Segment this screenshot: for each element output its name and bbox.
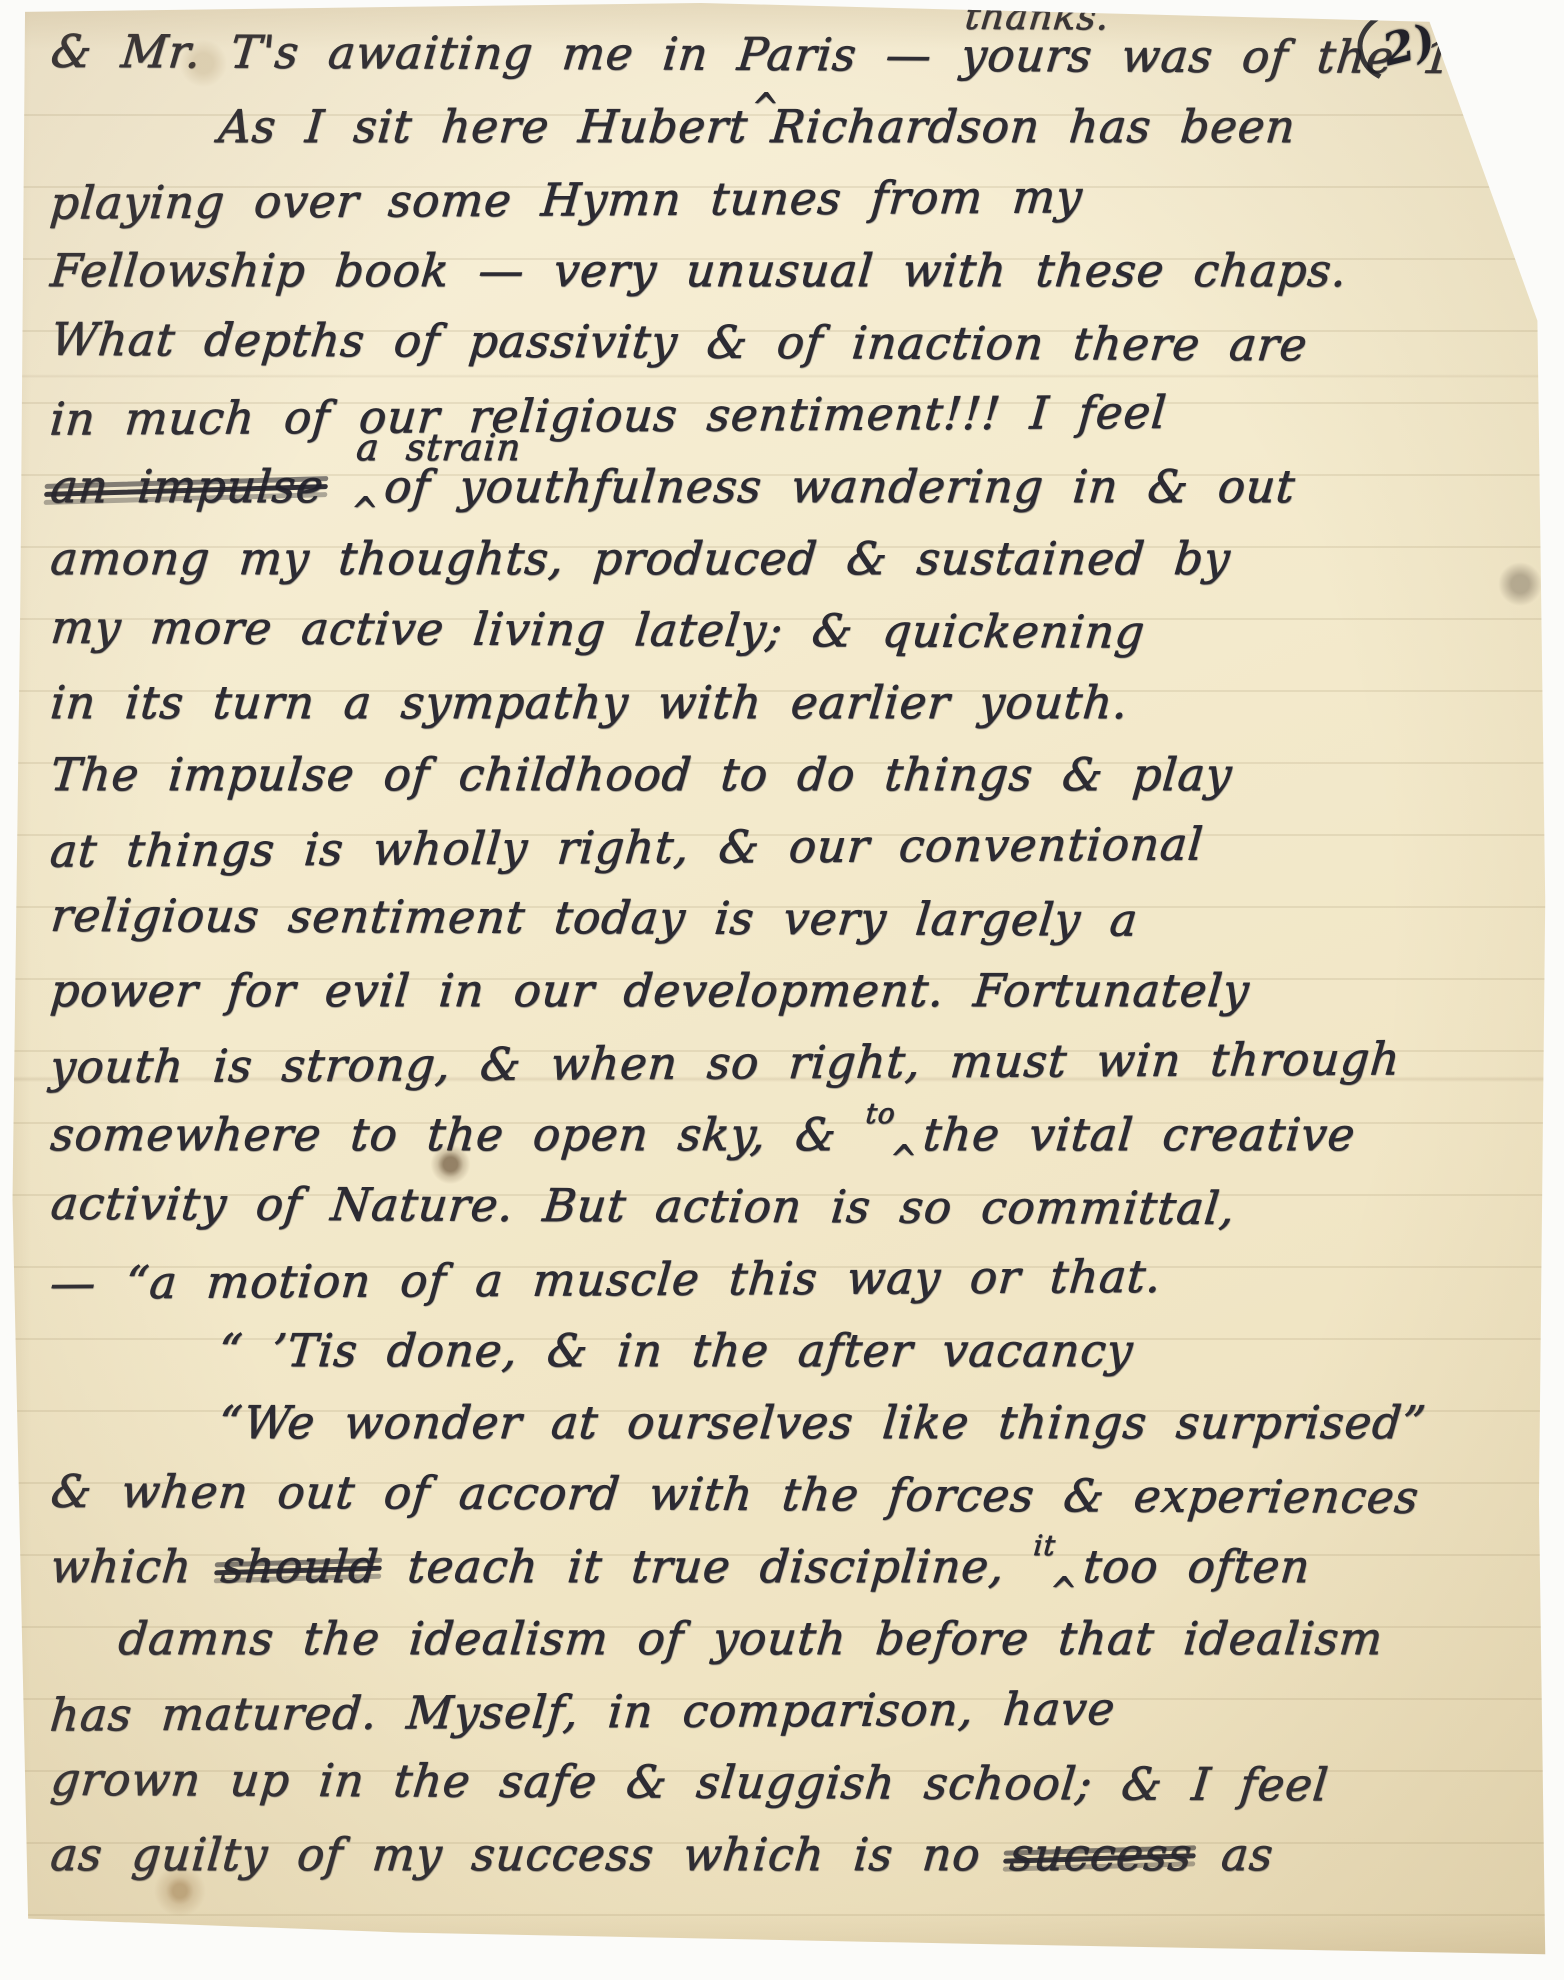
- handwritten-text: As I sit here Hubert: [217, 100, 751, 153]
- handwritten-text: among my thoughts, produced & sustained …: [49, 532, 1233, 585]
- insertion-caret-mark: ^: [750, 86, 781, 129]
- letter-line: grown up in the safe & sluggish school; …: [47, 1753, 1542, 1831]
- handwritten-text: The impulse of childhood to do things & …: [49, 748, 1235, 801]
- handwritten-text: playing over some Hymn tunes from my: [48, 170, 1085, 229]
- letter-line: somewhere to the open sky, & to^the vita…: [47, 1108, 1541, 1180]
- handwritten-text: & Mr. T's awaiting me in Paris —: [49, 25, 964, 82]
- insertion-caret-mark: ^: [1048, 1570, 1079, 1613]
- handwritten-text: as: [1190, 1828, 1276, 1881]
- handwritten-text: youth is strong, & when so right, must w…: [48, 1032, 1402, 1093]
- page-number: 2): [1378, 14, 1440, 76]
- insertion-caret-mark: ^: [349, 490, 380, 533]
- letter-line: activity of Nature. But action is so com…: [47, 1177, 1542, 1255]
- handwritten-text: in its turn a sympathy with earlier yout…: [49, 676, 1131, 729]
- handwritten-text: power for evil in our development. Fortu…: [49, 964, 1252, 1017]
- letter-line: in much of our religious sentiment!!! I …: [47, 383, 1542, 464]
- handwritten-text: the vital creative: [921, 1108, 1358, 1161]
- handwritten-text: & when out of accord with the forces & e…: [49, 1465, 1422, 1524]
- letter-line: power for evil in our development. Fortu…: [47, 964, 1541, 1036]
- handwritten-text: .: [1506, 31, 1527, 84]
- letter-line: As I sit here Hubert^Richardson has been: [47, 100, 1541, 172]
- ordinal-superscript: th: [1483, 27, 1512, 55]
- handwritten-text: teach it true discipline,: [376, 1540, 1036, 1593]
- insertion-caret-mark: ^: [888, 1138, 919, 1181]
- letter-line: in its turn a sympathy with earlier yout…: [47, 676, 1541, 748]
- handwritten-text: somewhere to the open sky, &: [49, 1108, 869, 1161]
- handwritten-text: of youthfulness wandering in & out: [382, 460, 1297, 513]
- inserted-word: it: [1032, 1529, 1057, 1562]
- handwritten-text: too often: [1081, 1540, 1313, 1593]
- letter-line: has matured. Myself, in comparison, have: [47, 1679, 1542, 1760]
- handwritten-text: which: [49, 1540, 224, 1593]
- corner-ink-mark: th: [1487, 14, 1528, 57]
- handwritten-text: has matured. Myself, in comparison, have: [48, 1682, 1117, 1742]
- letter-line: & Mr. T's awaiting me in Paris — thanks.…: [47, 25, 1542, 103]
- handwritten-text: in much of our religious sentiment!!! I …: [48, 386, 1169, 446]
- strikethrough-text: success: [1008, 1828, 1195, 1881]
- handwritten-text: damns the idealism of youth before that …: [117, 1612, 1386, 1665]
- letter-line: What depths of passivity & of inaction t…: [47, 313, 1542, 391]
- handwritten-text: religious sentiment today is very largel…: [49, 889, 1141, 947]
- handwritten-text: “We wonder at ourselves like things surp…: [217, 1396, 1429, 1449]
- letter-line: an impulse a strain^of youthfulness wand…: [47, 460, 1541, 532]
- inserted-word: to: [864, 1097, 897, 1130]
- handwritten-text: “ ’Tis done, & in the after vacancy: [217, 1324, 1136, 1377]
- letter-line: youth is strong, & when so right, must w…: [47, 1031, 1542, 1112]
- handwritten-text: as guilty of my success which is no: [49, 1828, 1013, 1881]
- letter-line: religious sentiment today is very largel…: [47, 889, 1542, 967]
- letter-line: among my thoughts, produced & sustained …: [47, 532, 1541, 604]
- strikethrough-text: should: [219, 1540, 381, 1593]
- letter-line: Fellowship book — very unusual with thes…: [47, 244, 1541, 316]
- letter-line: which should teach it true discipline, i…: [47, 1540, 1541, 1612]
- letter-line: — “a motion of a muscle this way or that…: [47, 1247, 1542, 1328]
- interlinear-insertion: thanks.: [963, 0, 967, 38]
- letter-line: damns the idealism of youth before that …: [47, 1612, 1541, 1684]
- handwritten-text: — “a motion of a muscle this way or that…: [48, 1250, 1164, 1310]
- handwritten-text: What depths of passivity & of inaction t…: [49, 313, 1311, 371]
- letter-line: my more active living lately; & quickeni…: [47, 601, 1542, 679]
- handwritten-text: Richardson has been: [769, 100, 1298, 153]
- letter-line: “We wonder at ourselves like things surp…: [47, 1396, 1541, 1468]
- letter-line: at things is wholly right, & our convent…: [47, 815, 1542, 896]
- handwritten-text: my more active living lately; & quickeni…: [49, 601, 1148, 659]
- letter-paper: & Mr. T's awaiting me in Paris — thanks.…: [0, 0, 1564, 1980]
- handwritten-text: at things is wholly right, & our convent…: [48, 818, 1205, 878]
- letter-line: “ ’Tis done, & in the after vacancy: [47, 1324, 1541, 1396]
- letter-line: playing over some Hymn tunes from my: [47, 167, 1542, 248]
- letter-line: & when out of accord with the forces & e…: [47, 1465, 1542, 1543]
- letter-body: & Mr. T's awaiting me in Paris — thanks.…: [50, 28, 1538, 1900]
- letter-line: as guilty of my success which is no succ…: [47, 1828, 1541, 1900]
- handwritten-text: activity of Nature. But action is so com…: [49, 1177, 1238, 1235]
- strikethrough-text: an impulse: [49, 460, 327, 513]
- handwritten-text: grown up in the safe & sluggish school; …: [49, 1753, 1332, 1812]
- scanned-letter-page: { "page": { "number_badge": "2)", "corne…: [0, 0, 1564, 1980]
- handwritten-text: Fellowship book — very unusual with thes…: [49, 244, 1350, 297]
- letter-line: The impulse of childhood to do things & …: [47, 748, 1541, 820]
